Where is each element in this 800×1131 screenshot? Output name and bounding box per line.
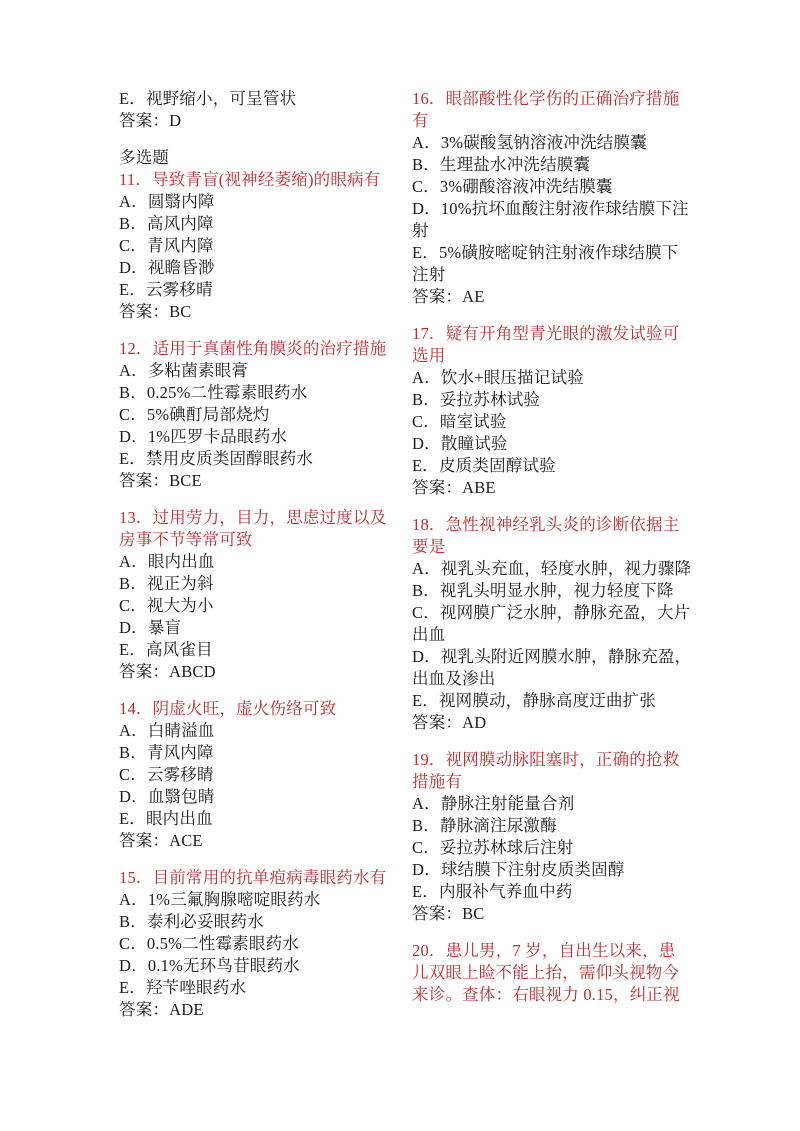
option-line: D．血翳包睛	[119, 786, 401, 808]
title-cont-line: 措施有	[412, 771, 702, 793]
option-line: C．妥拉苏林球后注射	[412, 837, 702, 859]
option-line: A．圆翳内障	[119, 191, 401, 213]
question-block: 14．阴虚火旺，虚火伤络可致A．白睛溢血B．青风内障C．云雾移睛D．血翳包睛E．…	[119, 698, 401, 852]
option-line: D．暴盲	[119, 617, 401, 639]
title-line: 13．过用劳力，目力，思虑过度以及	[119, 507, 401, 529]
document-page: E．视野缩小，可呈管状答案：D多选题11．导致青盲(视神经萎缩)的眼病有A．圆翳…	[0, 0, 800, 1131]
title-cont-line: 要是	[412, 536, 702, 558]
option-line: E．云雾移晴	[119, 279, 401, 301]
option-line: D．0.1%无环鸟苷眼药水	[119, 955, 401, 977]
section-line: 多选题	[119, 147, 401, 169]
option-line: B．妥拉苏林试验	[412, 389, 702, 411]
option-line: C．3%硼酸溶液冲洗结膜囊	[412, 176, 702, 198]
answer-line: 答案：BC	[412, 903, 702, 925]
option-cont-line: 出血	[412, 624, 702, 646]
title-cont-line: 选用	[412, 345, 702, 367]
option-line: A．白睛溢血	[119, 720, 401, 742]
question-block: 13．过用劳力，目力，思虑过度以及房事不节等常可致A．眼内出血B．视正为斜C．视…	[119, 507, 401, 683]
answer-line: 答案：ABCD	[119, 661, 401, 683]
option-line: D．球结膜下注射皮质类固醇	[412, 859, 702, 881]
answer-line: 答案：BCE	[119, 470, 401, 492]
option-cont-line: 注射	[412, 264, 702, 286]
title-line: 12．适用于真菌性角膜炎的治疗措施	[119, 338, 401, 360]
answer-line: 答案：ACE	[119, 830, 401, 852]
option-line: E．眼内出血	[119, 808, 401, 830]
option-line: B．青风内障	[119, 742, 401, 764]
option-line: C．暗室试验	[412, 411, 702, 433]
title-line: 11．导致青盲(视神经萎缩)的眼病有	[119, 169, 401, 191]
answer-line: 答案：D	[119, 110, 401, 132]
answer-line: 答案：BC	[119, 301, 401, 323]
title-line: 18．急性视神经乳头炎的诊断依据主	[412, 514, 702, 536]
title-line: 17．疑有开角型青光眼的激发试验可	[412, 323, 702, 345]
title-cont-line: 有	[412, 110, 702, 132]
answer-line: 答案：AD	[412, 712, 702, 734]
option-line: C．视网膜广泛水肿，静脉充盈，大片	[412, 602, 702, 624]
title-line: 20．患儿男，7 岁，自出生以来，患	[412, 940, 702, 962]
option-line: E．羟苄唑眼药水	[119, 977, 401, 999]
option-line: E．内服补气养血中药	[412, 881, 702, 903]
title-line: 16．眼部酸性化学伤的正确治疗措施	[412, 88, 702, 110]
option-line: A．视乳头充血，轻度水肿，视力骤降	[412, 558, 702, 580]
title-line: 19．视网膜动脉阻塞时，正确的抢救	[412, 749, 702, 771]
option-line: C．0.5%二性霉素眼药水	[119, 933, 401, 955]
option-line: B．生理盐水冲洗结膜囊	[412, 154, 702, 176]
title-line: 14．阴虚火旺，虚火伤络可致	[119, 698, 401, 720]
question-block: 17．疑有开角型青光眼的激发试验可选用A．饮水+眼压描记试验B．妥拉苏林试验C．…	[412, 323, 702, 499]
option-line: A．3%碳酸氢钠溶液冲洗结膜囊	[412, 132, 702, 154]
option-line: A．眼内出血	[119, 551, 401, 573]
option-line: C．视大为小	[119, 595, 401, 617]
option-line: D．10%抗坏血酸注射液作球结膜下注	[412, 198, 702, 220]
question-block: 多选题11．导致青盲(视神经萎缩)的眼病有A．圆翳内障B．高风内障C．青风内障D…	[119, 147, 401, 323]
right-column: 16．眼部酸性化学伤的正确治疗措施有A．3%碳酸氢钠溶液冲洗结膜囊B．生理盐水冲…	[412, 88, 702, 1021]
option-line: E．视网膜动，静脉高度迂曲扩张	[412, 690, 702, 712]
question-block: 18．急性视神经乳头炎的诊断依据主要是A．视乳头充血，轻度水肿，视力骤降B．视乳…	[412, 514, 702, 734]
option-line: B．泰利必妥眼药水	[119, 911, 401, 933]
option-line: D．1%匹罗卡品眼药水	[119, 426, 401, 448]
option-line: E．高风雀目	[119, 639, 401, 661]
question-block: 20．患儿男，7 岁，自出生以来，患儿双眼上睑不能上抬，需仰头视物今来诊。查体：…	[412, 940, 702, 1006]
question-block: E．视野缩小，可呈管状答案：D	[119, 88, 401, 132]
question-block: 16．眼部酸性化学伤的正确治疗措施有A．3%碳酸氢钠溶液冲洗结膜囊B．生理盐水冲…	[412, 88, 702, 308]
option-line: C．5%碘酊局部烧灼	[119, 404, 401, 426]
option-line: A．多粘菌素眼膏	[119, 360, 401, 382]
title-line: 15．目前常用的抗单疱病毒眼药水有	[119, 867, 401, 889]
title-cont-line: 房事不节等常可致	[119, 529, 401, 551]
option-line: B．视乳头明显水肿，视力轻度下降	[412, 580, 702, 602]
option-line: E．禁用皮质类固醇眼药水	[119, 448, 401, 470]
question-block: 15．目前常用的抗单疱病毒眼药水有A．1%三氟胸腺嘧啶眼药水B．泰利必妥眼药水C…	[119, 867, 401, 1021]
option-line: D．视乳头附近网膜水肿，静脉充盈，	[412, 646, 702, 668]
option-line: C．云雾移睛	[119, 764, 401, 786]
option-line: D．视瞻昏渺	[119, 257, 401, 279]
option-cont-line: 出血及渗出	[412, 668, 702, 690]
option-cont-line: 射	[412, 220, 702, 242]
option-line: B．高风内障	[119, 213, 401, 235]
question-block: 19．视网膜动脉阻塞时，正确的抢救措施有A．静脉注射能量合剂B．静脉滴注尿激酶C…	[412, 749, 702, 925]
title-cont-line: 儿双眼上睑不能上抬，需仰头视物今	[412, 962, 702, 984]
answer-line: 答案：ABE	[412, 477, 702, 499]
title-cont-line: 来诊。查体：右眼视力 0.15，纠正视	[412, 984, 702, 1006]
option-line: A．静脉注射能量合剂	[412, 793, 702, 815]
option-line: C．青风内障	[119, 235, 401, 257]
answer-line: 答案：AE	[412, 286, 702, 308]
option-line: A．饮水+眼压描记试验	[412, 367, 702, 389]
option-line: A．1%三氟胸腺嘧啶眼药水	[119, 889, 401, 911]
left-column: E．视野缩小，可呈管状答案：D多选题11．导致青盲(视神经萎缩)的眼病有A．圆翳…	[119, 88, 401, 1036]
option-line: B．0.25%二性霉素眼药水	[119, 382, 401, 404]
answer-line: 答案：ADE	[119, 999, 401, 1021]
option-line: E．5%磺胺嘧啶钠注射液作球结膜下	[412, 242, 702, 264]
option-line: E．皮质类固醇试验	[412, 455, 702, 477]
option-line: D．散瞳试验	[412, 433, 702, 455]
option-line: E．视野缩小，可呈管状	[119, 88, 401, 110]
question-block: 12．适用于真菌性角膜炎的治疗措施A．多粘菌素眼膏B．0.25%二性霉素眼药水C…	[119, 338, 401, 492]
option-line: B．视正为斜	[119, 573, 401, 595]
option-line: B．静脉滴注尿激酶	[412, 815, 702, 837]
